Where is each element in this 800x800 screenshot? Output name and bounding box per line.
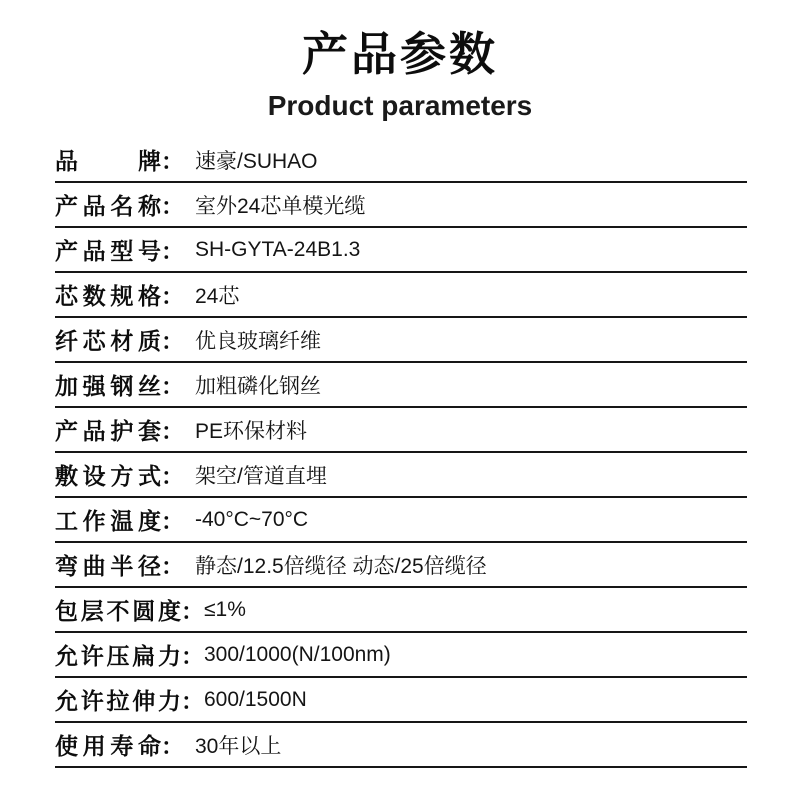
row-value: PE环保材料 [195, 415, 307, 445]
table-row-cladding-noncircularity: 包层不圆度： ≤1% [55, 588, 747, 633]
row-value: 室外24芯单模光缆 [195, 190, 365, 220]
colon: ： [161, 323, 184, 356]
colon: ： [161, 728, 184, 761]
table-row-product-name: 产品名称： 室外24芯单模光缆 [55, 183, 747, 228]
row-label: 芯数规格： [55, 278, 195, 311]
row-value: SH-GYTA-24B1.3 [195, 238, 360, 262]
row-label: 产品护套： [55, 413, 195, 446]
table-row-model: 产品型号： SH-GYTA-24B1.3 [55, 228, 747, 273]
row-label: 纤芯材质： [55, 323, 195, 356]
row-value: 加粗磷化钢丝 [195, 370, 321, 400]
row-label: 允许拉伸力： [55, 683, 204, 716]
row-label: 产品名称： [55, 188, 195, 221]
row-value: 300/1000(N/100nm) [204, 643, 391, 667]
table-row-installation: 敷设方式： 架空/管道直埋 [55, 453, 747, 498]
row-value: 优良玻璃纤维 [195, 325, 321, 355]
row-label: 工作温度： [55, 503, 195, 536]
page-title: 产品参数 [0, 28, 800, 81]
row-value: 600/1500N [204, 688, 307, 712]
row-value: 24芯 [195, 280, 239, 310]
colon: ： [181, 638, 204, 671]
colon: ： [161, 458, 184, 491]
row-label: 允许压扁力： [55, 638, 204, 671]
table-row-jacket: 产品护套： PE环保材料 [55, 408, 747, 453]
header: 产品参数 Product parameters [0, 0, 800, 122]
table-row-core-count: 芯数规格： 24芯 [55, 273, 747, 318]
table-row-brand: 品牌： 速豪/SUHAO [55, 138, 747, 183]
row-value: ≤1% [204, 598, 246, 622]
colon: ： [161, 413, 184, 446]
params-table: 品牌： 速豪/SUHAO 产品名称： 室外24芯单模光缆 产品型号： SH-GY… [55, 138, 747, 768]
row-label: 使用寿命： [55, 728, 195, 761]
table-row-strength-wire: 加强钢丝： 加粗磷化钢丝 [55, 363, 747, 408]
colon: ： [161, 368, 184, 401]
colon: ： [161, 503, 184, 536]
row-label: 包层不圆度： [55, 593, 204, 626]
table-row-service-life: 使用寿命： 30年以上 [55, 723, 747, 768]
table-row-bend-radius: 弯曲半径： 静态/12.5倍缆径 动态/25倍缆径 [55, 543, 747, 588]
colon: ： [161, 278, 184, 311]
row-value: 架空/管道直埋 [195, 460, 327, 490]
row-value: 30年以上 [195, 730, 281, 760]
colon: ： [161, 188, 184, 221]
colon: ： [181, 683, 204, 716]
row-label: 加强钢丝： [55, 368, 195, 401]
row-label: 品牌： [55, 143, 195, 176]
colon: ： [161, 233, 184, 266]
row-value: -40°C~70°C [195, 508, 308, 532]
table-row-tensile-strength: 允许拉伸力： 600/1500N [55, 678, 747, 723]
row-value: 速豪/SUHAO [195, 145, 318, 175]
product-parameters-page: 产品参数 Product parameters 品牌： 速豪/SUHAO 产品名… [0, 0, 800, 800]
row-label: 弯曲半径： [55, 548, 195, 581]
row-value: 静态/12.5倍缆径 动态/25倍缆径 [195, 550, 487, 580]
table-row-operating-temp: 工作温度： -40°C~70°C [55, 498, 747, 543]
colon: ： [181, 593, 204, 626]
colon: ： [161, 143, 184, 176]
row-label: 敷设方式： [55, 458, 195, 491]
table-row-fiber-material: 纤芯材质： 优良玻璃纤维 [55, 318, 747, 363]
row-label: 产品型号： [55, 233, 195, 266]
colon: ： [161, 548, 184, 581]
table-row-crush-resistance: 允许压扁力： 300/1000(N/100nm) [55, 633, 747, 678]
page-subtitle: Product parameters [0, 89, 800, 123]
